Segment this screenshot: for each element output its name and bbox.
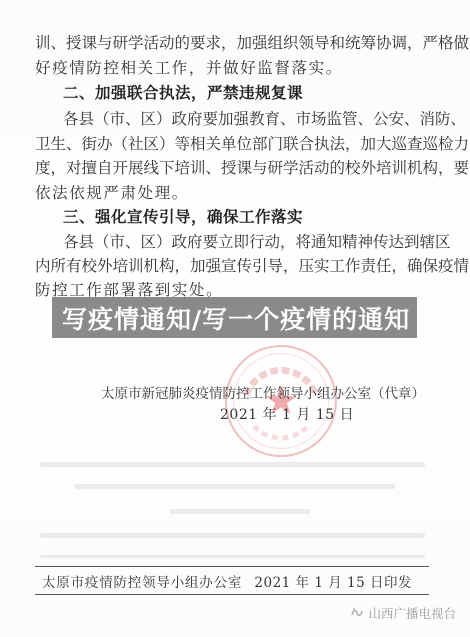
- footer-top-rule: [35, 566, 429, 567]
- body-line-1: 训、授课与研学活动的要求，加强组织领导和统筹协调，严格做: [35, 33, 427, 53]
- footer-bottom-rule: [35, 594, 429, 595]
- body-line-2: 好疫情防控相关工作，并做好监督落实。: [35, 58, 427, 78]
- section-3-line-1: 各县（市、区）政府要立即行动，将通知精神传达到辖区: [35, 232, 427, 252]
- bleed-through-text: [170, 509, 310, 514]
- section-3-heading: 三、强化宣传引导，确保工作落实: [63, 207, 303, 227]
- section-2-line-3: 度，对擅自开展线下培训、授课与研学活动的校外培训机构，要: [35, 158, 427, 178]
- bleed-through-text: [75, 484, 395, 489]
- bleed-through-text: [40, 533, 425, 538]
- section-2-line-4: 依法依规严肃处理。: [35, 183, 427, 203]
- watermark-text: 山西广播电视台: [368, 604, 456, 622]
- bleed-through-text: [40, 555, 425, 558]
- section-2-line-2: 卫生、街办（社区）等相关单位部门联合执法，加大巡查巡检力: [35, 134, 427, 154]
- source-watermark: 山西广播电视台: [350, 604, 456, 622]
- section-2-heading: 二、加强联合执法，严禁违规复课: [63, 83, 303, 103]
- bleed-through-text: [40, 462, 425, 467]
- footer-issue-date: 2021 年 1 月 15 日印发: [254, 574, 412, 592]
- section-3-line-2: 内所有校外培训机构，加强宣传引导，压实工作责任，确保疫情: [35, 256, 427, 276]
- section-2-line-1: 各县（市、区）政府要加强教育、市场监管、公安、消防、: [35, 109, 427, 129]
- signature-date: 2021 年 1 月 15 日: [220, 406, 354, 424]
- overlay-title: 写疫情通知/写一个疫情的通知: [62, 300, 410, 336]
- signature-organization: 太原市新冠肺炎疫情防控工作领导小组办公室（代章）: [101, 385, 425, 403]
- wechat-channel-icon: [350, 606, 364, 620]
- title-overlay-banner: 写疫情通知/写一个疫情的通知: [52, 297, 417, 338]
- footer-issuer: 太原市疫情防控领导小组办公室: [42, 574, 242, 592]
- document-page: 训、授课与研学活动的要求，加强组织领导和统筹协调，严格做 好疫情防控相关工作，并…: [0, 0, 470, 637]
